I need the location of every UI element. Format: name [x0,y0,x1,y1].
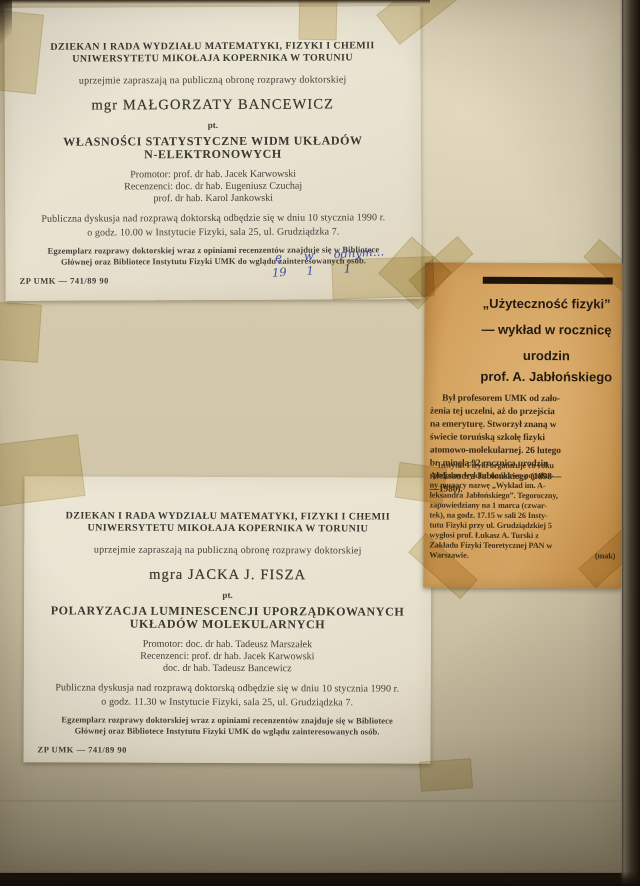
page-top-edge-shadow [0,0,430,4]
copies-line-2: Głównej oraz Bibliotece Instytutu Fizyki… [24,725,431,736]
promotor-line: Promotor: doc. dr hab. Tadeusz Marszałek [24,638,431,650]
headline-line: „Użyteczność fizyki” [477,294,617,315]
issuer-line-1: DZIEKAN I RADA WYDZIAŁU MATEMATYKI, FIZY… [24,510,431,522]
body-line: żenia tej uczelni, aż do przejścia [430,406,616,420]
issuer-line-2: UNIWERSYTETU MIKOŁAJA KOPERNIKA W TORUNI… [24,522,431,534]
reviewer-line-2: doc. dr hab. Tadeusz Bancewicz [24,662,431,674]
defense-line-2: o godz. 10.00 w Instytucie Fizyki, sala … [5,226,421,239]
newspaper-clipping: „Użyteczność fizyki” — wykład w rocznicę… [423,262,623,588]
pt-label: pt. [5,119,421,131]
invite-sentence: uprzejmie zapraszają na publiczną obronę… [5,74,421,87]
handwriting-mark: 1 [306,263,314,278]
tape-piece [299,0,338,40]
handwriting-mark: 19 [272,265,287,281]
album-spine-shadow [620,0,640,886]
headline-line: prof. A. Jabłońskiego [476,367,616,388]
print-imprint: ZP UMK — 741/89 90 [20,275,109,285]
body-line: świecie toruńską szkołę fizyki [430,432,616,446]
tape-piece [0,434,85,507]
body-line: Był profesorem UMK od zało- [430,393,616,407]
clipping-paragraph-2: Instytut Fizyki organizuje co roku specj… [429,461,616,562]
corner-shadow [0,0,12,46]
pt-label: pt. [24,589,431,600]
headline-line: — wykład w rocznicę [476,320,616,341]
reviewer-line-1: Recenzenci: doc. dr hab. Eugeniusz Czuch… [5,180,421,193]
headline-line: urodzin [476,346,616,367]
tape-piece [395,462,448,504]
tape-piece [419,758,473,792]
headline-rule [483,277,613,285]
invitation-card-top: DZIEKAN I RADA WYDZIAŁU MATEMATYKI, FIZY… [4,6,421,301]
defense-line-1: Publiczna dyskusja nad rozprawą doktorsk… [24,682,431,694]
thesis-title-2: UKŁADÓW MOLEKULARNYCH [24,616,431,632]
thesis-title-2: N-ELEKTRONOWYCH [5,146,421,163]
issuer-line-2: UNIWERSYTETU MIKOŁAJA KOPERNIKA W TORUNI… [5,52,421,65]
copies-line-1: Egzemplarz rozprawy doktorskiej wraz z o… [24,714,431,725]
body-line: na emeryturę. Stworzył znaną w [430,419,616,433]
body-line: atomowo-molekularnej. 26 lutego [430,445,616,459]
handwriting-mark: w [303,248,314,264]
defense-line-1: Publiczna dyskusja nad rozprawą doktorsk… [5,212,421,225]
page-crease [0,800,622,802]
print-imprint: ZP UMK — 741/89 90 [38,744,127,754]
photo-bottom-shadow [0,871,640,886]
handwriting-mark: ę [275,250,283,265]
reviewer-line-1: Recenzenci: prof. dr hab. Jacek Karwowsk… [24,650,431,662]
invitation-card-bottom: DZIEKAN I RADA WYDZIAŁU MATEMATYKI, FIZY… [24,476,432,763]
candidate-name: mgr MAŁGORZATY BANCEWICZ [5,96,421,115]
invite-sentence: uprzejmie zapraszają na publiczną obronę… [24,544,431,556]
promotor-line: Promotor: prof. dr hab. Jacek Karwowski [5,168,421,181]
tape-piece [0,301,42,362]
photo-of-album-page: DZIEKAN I RADA WYDZIAŁU MATEMATYKI, FIZY… [0,0,640,886]
issuer-line-1: DZIEKAN I RADA WYDZIAŁU MATEMATYKI, FIZY… [5,40,421,53]
defense-line-2: o godz. 11.30 w Instytucie Fizyki, sala … [24,696,431,708]
reviewer-line-2: prof. dr hab. Karol Jankowski [5,192,421,205]
candidate-name: mgra JACKA J. FISZA [24,566,431,584]
clipping-headline: „Użyteczność fizyki” — wykład w rocznicę… [476,294,616,388]
